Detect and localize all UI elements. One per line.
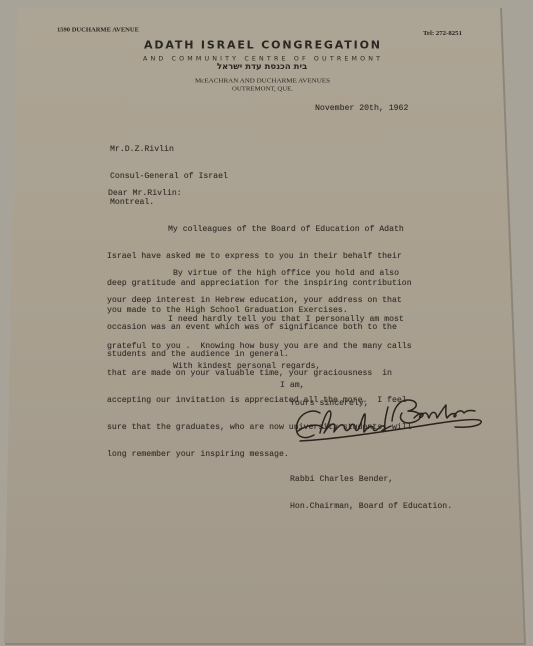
handwritten-signature (0, 0, 533, 646)
signatory-block: Rabbi Charles Bender, Hon.Chairman, Boar… (290, 457, 452, 520)
signatory-title: Hon.Chairman, Board of Education. (290, 502, 452, 511)
signatory-name: Rabbi Charles Bender, (290, 475, 452, 484)
